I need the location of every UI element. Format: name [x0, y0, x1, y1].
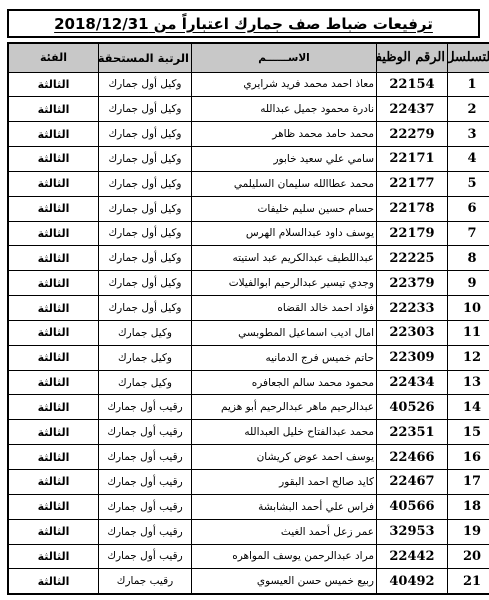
title-box: ترفيعات ضباط صف جمارك اعتباراً من 2018/1… [7, 9, 480, 38]
header-name: الاســــــم [192, 43, 377, 72]
table-row: 2140492ربيع خميس حسن العيسويرقيب جماركال… [8, 569, 489, 594]
cell-name: نادرة محمود جميل عبدالله [192, 97, 377, 122]
cell-serial: 20 [448, 544, 489, 569]
cell-employee-number: 32953 [377, 519, 448, 544]
cell-employee-number: 22437 [377, 97, 448, 122]
cell-rank: وكيل أول جمارك [99, 147, 192, 172]
cell-rank: رقيب جمارك [99, 569, 192, 594]
cell-name: محمود محمد سالم الجعافره [192, 370, 377, 395]
cell-serial: 6 [448, 196, 489, 221]
cell-employee-number: 22177 [377, 171, 448, 196]
cell-employee-number: 22434 [377, 370, 448, 395]
cell-employee-number: 40526 [377, 395, 448, 420]
cell-serial: 14 [448, 395, 489, 420]
table-row: 1622466يوسف احمد عوض كريشانرقيب أول جمار… [8, 445, 489, 470]
table-row: 1722467كايد صالح احمد البقوررقيب أول جما… [8, 470, 489, 495]
table-row: 522177محمد عطاالله سليمان السليلميوكيل أ… [8, 171, 489, 196]
cell-rank: رقيب أول جمارك [99, 395, 192, 420]
cell-name: عبداللطيف عبدالكريم عبد استيته [192, 246, 377, 271]
cell-category: الثالثة [8, 271, 99, 296]
cell-rank: رقيب أول جمارك [99, 494, 192, 519]
cell-category: الثالثة [8, 494, 99, 519]
cell-employee-number: 22303 [377, 320, 448, 345]
table-row: 822225عبداللطيف عبدالكريم عبد استيتهوكيل… [8, 246, 489, 271]
cell-category: الثالثة [8, 445, 99, 470]
cell-category: الثالثة [8, 345, 99, 370]
table-row: 722179يوسف داود عبدالسلام الهرسوكيل أول … [8, 221, 489, 246]
cell-serial: 12 [448, 345, 489, 370]
table-row: 1022233فؤاد احمد خالد القضاهوكيل أول جما… [8, 296, 489, 321]
cell-serial: 13 [448, 370, 489, 395]
cell-name: حسام حسين سليم خليفات [192, 196, 377, 221]
cell-name: سامي علي سعيد خابور [192, 147, 377, 172]
cell-category: الثالثة [8, 320, 99, 345]
cell-rank: وكيل أول جمارك [99, 196, 192, 221]
cell-category: الثالثة [8, 246, 99, 271]
table-row: 622178حسام حسين سليم خليفاتوكيل أول جمار… [8, 196, 489, 221]
cell-name: مراد عبدالرحمن يوسف المواهره [192, 544, 377, 569]
table-row: 1440526عبدالرحيم ماهر عبدالرحيم أبو هزيم… [8, 395, 489, 420]
header-category: الفئة [8, 43, 99, 72]
header-rank: الرتبة المستحقة [99, 43, 192, 72]
cell-rank: وكيل أول جمارك [99, 296, 192, 321]
table-row: 1840566فراس علي أحمد البشابشةرقيب أول جم… [8, 494, 489, 519]
cell-name: محمد عطاالله سليمان السليلمي [192, 171, 377, 196]
cell-employee-number: 40566 [377, 494, 448, 519]
cell-category: الثالثة [8, 147, 99, 172]
cell-name: محمد حامد محمد ظاهر [192, 122, 377, 147]
cell-category: الثالثة [8, 72, 99, 97]
cell-category: الثالثة [8, 370, 99, 395]
cell-name: معاذ احمد محمد فريد شرايري [192, 72, 377, 97]
cell-category: الثالثة [8, 122, 99, 147]
cell-serial: 3 [448, 122, 489, 147]
document-page: ترفيعات ضباط صف جمارك اعتباراً من 2018/1… [0, 0, 489, 600]
header-employee-number: الرقم الوظيفي [377, 43, 448, 72]
table-row: 122154معاذ احمد محمد فريد شرايريوكيل أول… [8, 72, 489, 97]
cell-category: الثالثة [8, 420, 99, 445]
cell-rank: وكيل أول جمارك [99, 72, 192, 97]
cell-name: فؤاد احمد خالد القضاه [192, 296, 377, 321]
cell-employee-number: 22225 [377, 246, 448, 271]
cell-employee-number: 22379 [377, 271, 448, 296]
cell-category: الثالثة [8, 544, 99, 569]
table-row: 322279محمد حامد محمد ظاهروكيل أول جماركا… [8, 122, 489, 147]
cell-serial: 4 [448, 147, 489, 172]
table-row: 1122303امال اديب اسماعيل المطوبسيوكيل جم… [8, 320, 489, 345]
cell-employee-number: 40492 [377, 569, 448, 594]
promotions-table: التسلسل الرقم الوظيفي الاســــــم الرتبة… [7, 42, 489, 595]
cell-employee-number: 22279 [377, 122, 448, 147]
cell-employee-number: 22442 [377, 544, 448, 569]
cell-rank: رقيب أول جمارك [99, 470, 192, 495]
cell-category: الثالثة [8, 395, 99, 420]
cell-employee-number: 22351 [377, 420, 448, 445]
cell-category: الثالثة [8, 296, 99, 321]
cell-employee-number: 22233 [377, 296, 448, 321]
cell-serial: 9 [448, 271, 489, 296]
cell-category: الثالثة [8, 470, 99, 495]
cell-name: فراس علي أحمد البشابشة [192, 494, 377, 519]
cell-serial: 19 [448, 519, 489, 544]
table-row: 1522351محمد عبدالفتاح خليل العبداللهرقيب… [8, 420, 489, 445]
cell-rank: وكيل أول جمارك [99, 271, 192, 296]
cell-serial: 10 [448, 296, 489, 321]
cell-name: وجدي تيسير عبدالرحيم ابوالفيلات [192, 271, 377, 296]
cell-category: الثالثة [8, 519, 99, 544]
header-row: التسلسل الرقم الوظيفي الاســــــم الرتبة… [8, 43, 489, 72]
cell-serial: 7 [448, 221, 489, 246]
cell-category: الثالثة [8, 221, 99, 246]
cell-serial: 16 [448, 445, 489, 470]
cell-employee-number: 22466 [377, 445, 448, 470]
cell-name: ربيع خميس حسن العيسوي [192, 569, 377, 594]
cell-employee-number: 22178 [377, 196, 448, 221]
cell-category: الثالثة [8, 97, 99, 122]
cell-name: يوسف داود عبدالسلام الهرس [192, 221, 377, 246]
table-body: 122154معاذ احمد محمد فريد شرايريوكيل أول… [8, 72, 489, 594]
cell-employee-number: 22309 [377, 345, 448, 370]
cell-serial: 8 [448, 246, 489, 271]
cell-serial: 18 [448, 494, 489, 519]
cell-category: الثالثة [8, 196, 99, 221]
cell-rank: وكيل أول جمارك [99, 171, 192, 196]
cell-employee-number: 22154 [377, 72, 448, 97]
cell-serial: 5 [448, 171, 489, 196]
cell-rank: رقيب أول جمارك [99, 519, 192, 544]
cell-rank: رقيب أول جمارك [99, 445, 192, 470]
cell-employee-number: 22171 [377, 147, 448, 172]
cell-rank: وكيل أول جمارك [99, 221, 192, 246]
cell-serial: 17 [448, 470, 489, 495]
cell-name: يوسف احمد عوض كريشان [192, 445, 377, 470]
table-row: 422171سامي علي سعيد خابوروكيل أول جماركا… [8, 147, 489, 172]
cell-rank: رقيب أول جمارك [99, 544, 192, 569]
cell-serial: 1 [448, 72, 489, 97]
cell-category: الثالثة [8, 171, 99, 196]
cell-category: الثالثة [8, 569, 99, 594]
cell-name: عمر زعل أحمد الغيث [192, 519, 377, 544]
cell-rank: وكيل جمارك [99, 320, 192, 345]
cell-serial: 11 [448, 320, 489, 345]
header-serial: التسلسل [448, 43, 489, 72]
cell-rank: وكيل جمارك [99, 370, 192, 395]
cell-rank: وكيل أول جمارك [99, 97, 192, 122]
table-row: 222437نادرة محمود جميل عبداللهوكيل أول ج… [8, 97, 489, 122]
cell-employee-number: 22467 [377, 470, 448, 495]
table-row: 2022442مراد عبدالرحمن يوسف المواهرهرقيب … [8, 544, 489, 569]
cell-name: امال اديب اسماعيل المطوبسي [192, 320, 377, 345]
cell-name: حاتم خميس فرج الدمانيه [192, 345, 377, 370]
cell-employee-number: 22179 [377, 221, 448, 246]
cell-rank: رقيب أول جمارك [99, 420, 192, 445]
page-title: ترفيعات ضباط صف جمارك اعتباراً من 2018/1… [54, 15, 433, 33]
cell-serial: 2 [448, 97, 489, 122]
cell-rank: وكيل أول جمارك [99, 122, 192, 147]
table-header: التسلسل الرقم الوظيفي الاســــــم الرتبة… [8, 43, 489, 72]
table-row: 922379وجدي تيسير عبدالرحيم ابوالفيلاتوكي… [8, 271, 489, 296]
table-row: 1222309حاتم خميس فرج الدمانيهوكيل جماركا… [8, 345, 489, 370]
cell-rank: وكيل أول جمارك [99, 246, 192, 271]
cell-rank: وكيل جمارك [99, 345, 192, 370]
table-row: 1322434محمود محمد سالم الجعافرهوكيل جمار… [8, 370, 489, 395]
cell-name: عبدالرحيم ماهر عبدالرحيم أبو هزيم [192, 395, 377, 420]
table-row: 1932953عمر زعل أحمد الغيثرقيب أول جماركا… [8, 519, 489, 544]
cell-name: محمد عبدالفتاح خليل العبدالله [192, 420, 377, 445]
cell-name: كايد صالح احمد البقور [192, 470, 377, 495]
cell-serial: 21 [448, 569, 489, 594]
cell-serial: 15 [448, 420, 489, 445]
